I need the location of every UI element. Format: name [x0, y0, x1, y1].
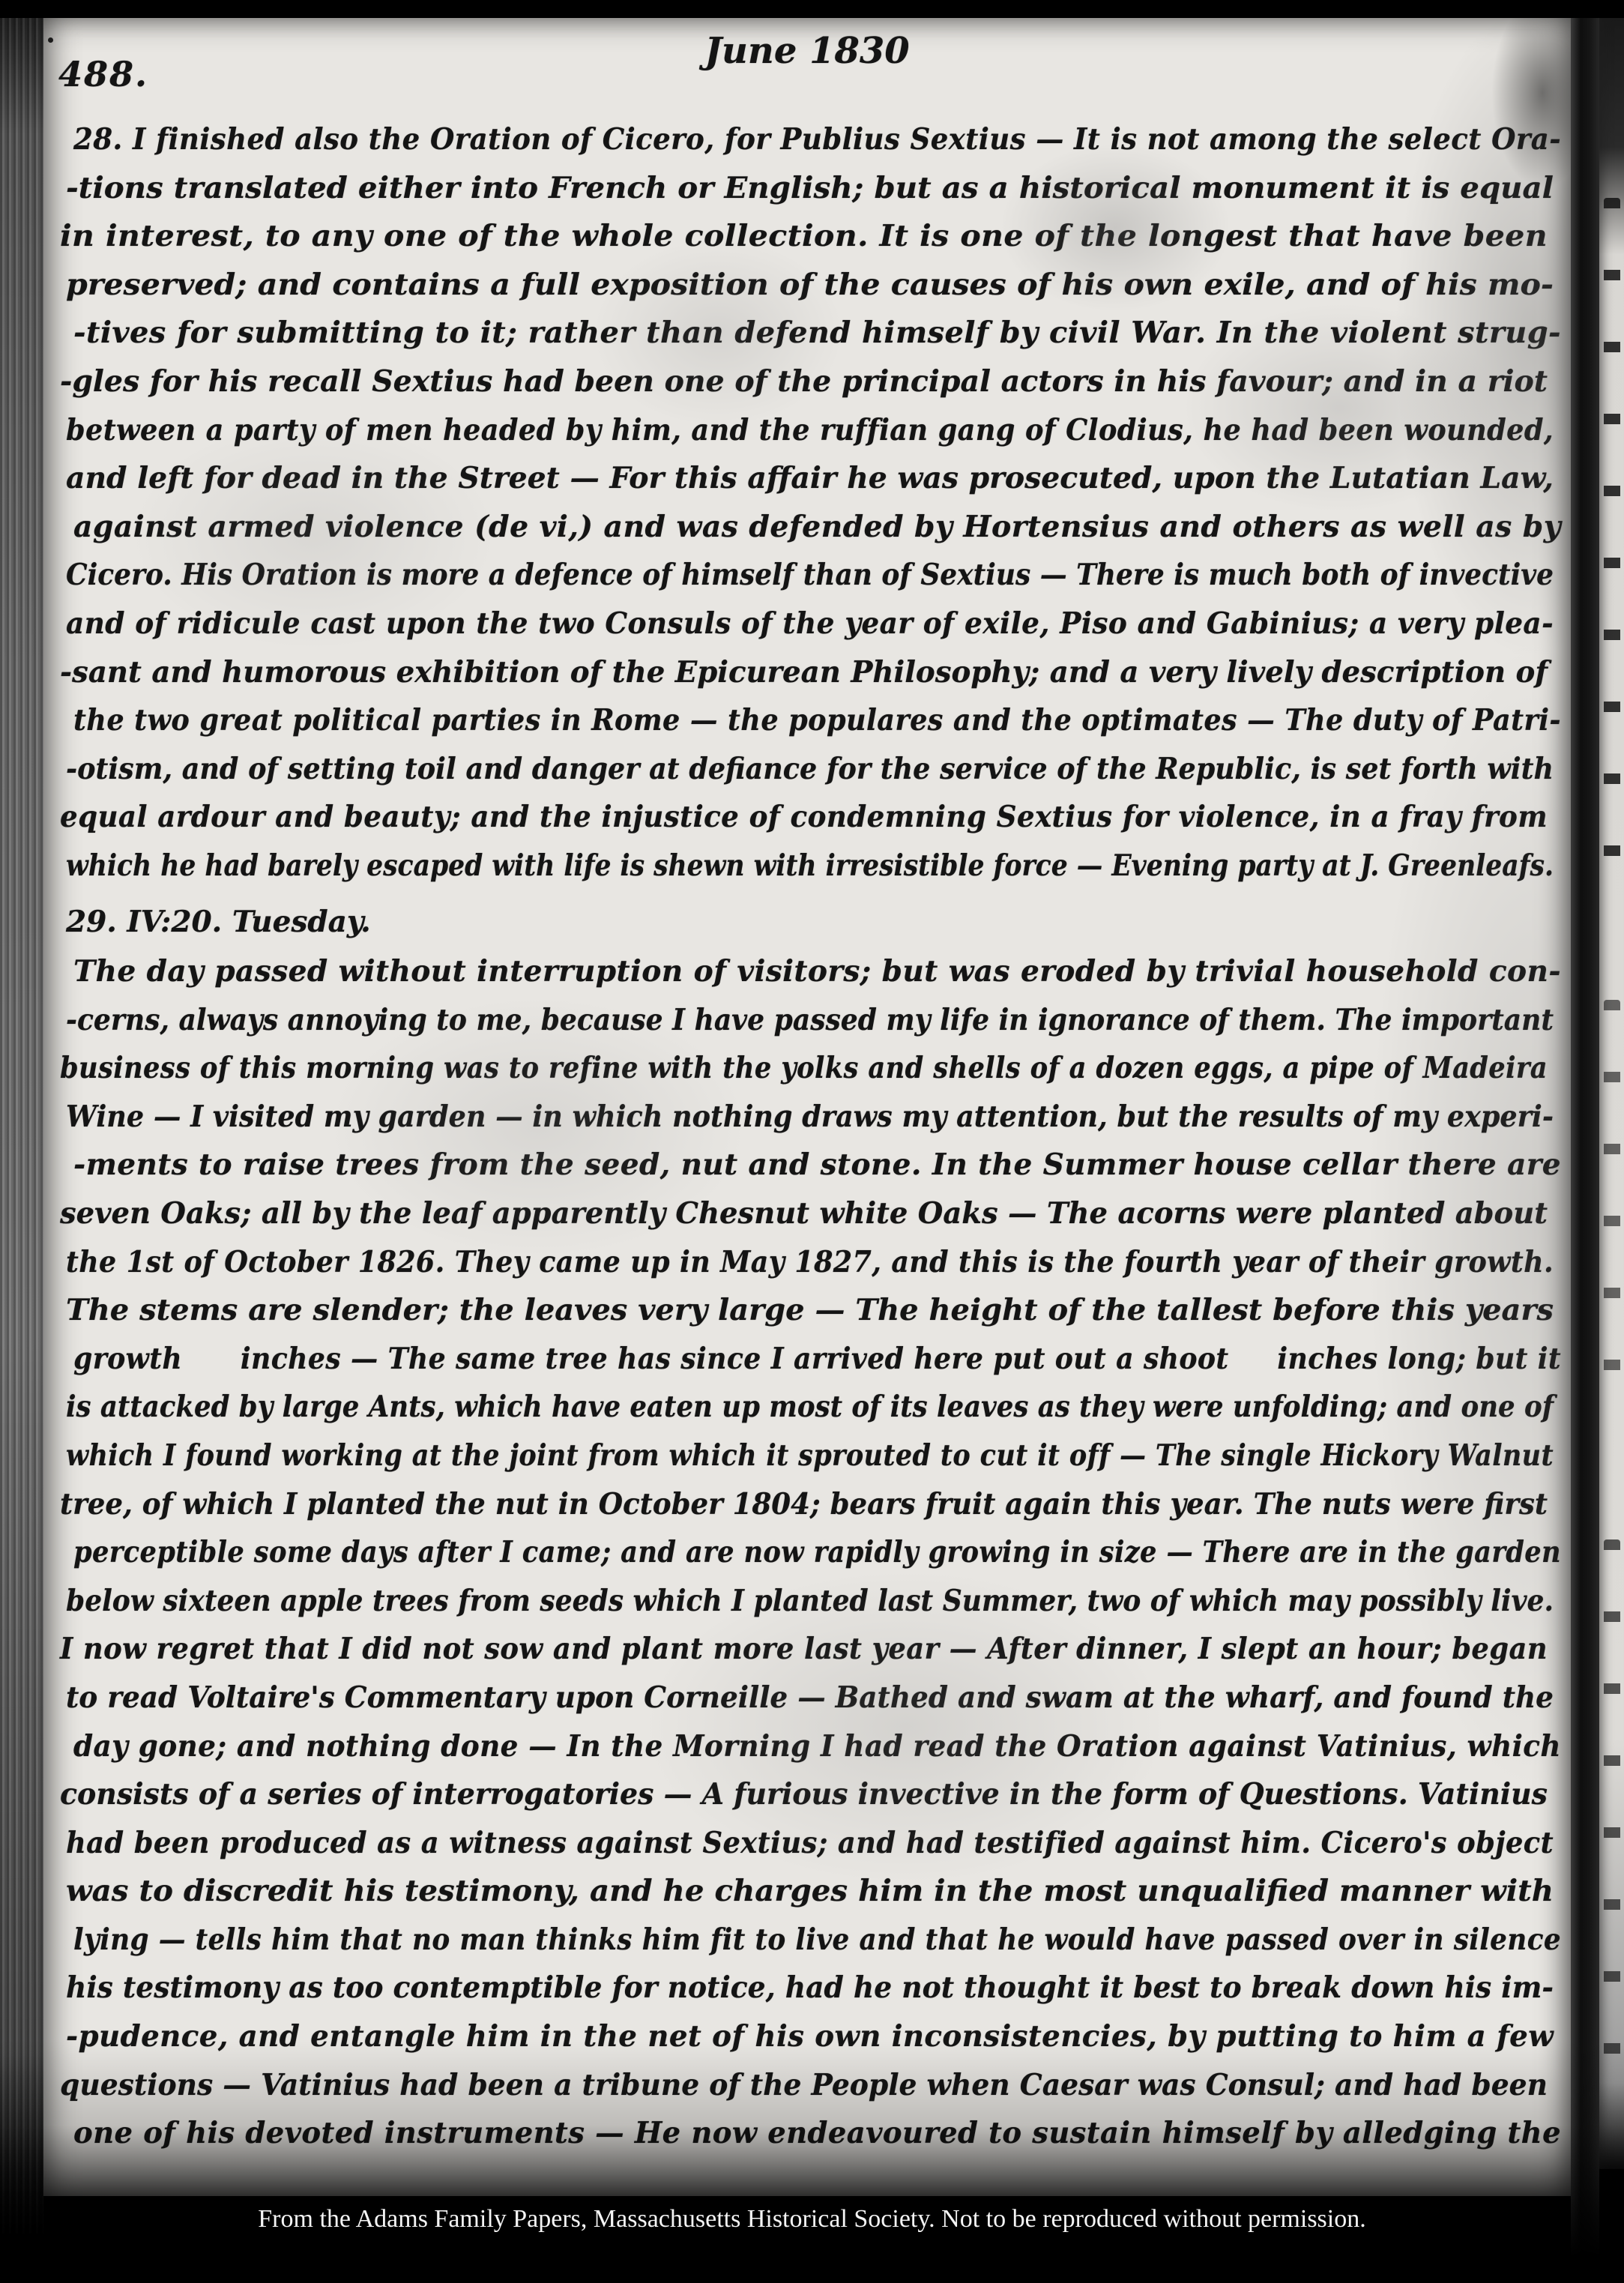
manuscript-line: the two great political parties in Rome …	[73, 696, 1561, 745]
manuscript-line: The stems are slender; the leaves very l…	[66, 1286, 1554, 1335]
manuscript-line: business of this morning was to refine w…	[60, 1044, 1548, 1093]
manuscript-line: one of his devoted instruments — He now …	[73, 2109, 1561, 2158]
manuscript-line: -tions translated either into French or …	[66, 164, 1554, 213]
manuscript-line: -cerns, always annoying to me, because I…	[66, 996, 1554, 1045]
manuscript-line: his testimony as too contemptible for no…	[66, 1964, 1554, 2012]
manuscript-line: tree, of which I planted the nut in Octo…	[60, 1480, 1548, 1529]
manuscript-line: is attacked by large Ants, which have ea…	[66, 1383, 1554, 1432]
manuscript-line: -sant and humorous exhibition of the Epi…	[60, 648, 1548, 697]
entry-29: The day passed without interruption of v…	[66, 947, 1624, 2158]
manuscript-line: questions — Vatinius had been a tribune …	[60, 2061, 1548, 2110]
archive-caption: From the Adams Family Papers, Massachuse…	[0, 2205, 1624, 2234]
manuscript-line: between a party of men headed by him, an…	[66, 406, 1554, 455]
manuscript-line: which he had barely escaped with life is…	[66, 842, 1554, 890]
manuscript-line: preserved; and contains a full expositio…	[66, 261, 1554, 310]
manuscript-line: I now regret that I did not sow and plan…	[60, 1625, 1548, 1674]
manuscript-line: seven Oaks; all by the leaf apparently C…	[60, 1189, 1548, 1238]
photo-black-border-top	[0, 0, 1624, 18]
book-fore-edge	[0, 0, 43, 2234]
manuscript-line: was to discredit his testimony, and he c…	[66, 1867, 1554, 1916]
entry-28: 28. I finished also the Oration of Cicer…	[66, 115, 1624, 890]
manuscript-line: and left for dead in the Street — For th…	[66, 454, 1554, 503]
manuscript-line: the 1st of October 1826. They came up in…	[66, 1238, 1554, 1287]
manuscript-line: growth inches — The same tree has since …	[73, 1335, 1561, 1384]
manuscript-line: equal ardour and beauty; and the injusti…	[60, 793, 1548, 842]
manuscript-line: Wine — I visited my garden — in which no…	[66, 1093, 1554, 1141]
manuscript-line: day gone; and nothing done — In the Morn…	[73, 1722, 1561, 1771]
manuscript-line: -ments to raise trees from the seed, nut…	[73, 1141, 1561, 1189]
ink-fragment-marks	[1604, 198, 1620, 872]
manuscript-line: which I found working at the joint from …	[66, 1432, 1554, 1480]
manuscript-line: lying — tells him that no man thinks him…	[73, 1916, 1561, 1964]
header-date: June 1830	[43, 30, 1571, 72]
manuscript-line: -pudence, and entangle him in the net of…	[66, 2012, 1554, 2061]
manuscript-line: Cicero. His Oration is more a defence of…	[66, 551, 1554, 600]
manuscript-line: -otism, and of setting toil and danger a…	[66, 745, 1554, 794]
page-gutter-shadow	[1571, 0, 1599, 2283]
manuscript-line: consists of a series of interrogatories …	[60, 1770, 1548, 1819]
manuscript-line: -gles for his recall Sextius had been on…	[60, 358, 1548, 406]
manuscript-line: had been produced as a witness against S…	[66, 1819, 1554, 1868]
manuscript-line: below sixteen apple trees from seeds whi…	[66, 1577, 1554, 1626]
manuscript-line: to read Voltaire's Commentary upon Corne…	[66, 1674, 1554, 1722]
diary-page: 488. June 1830 28. I finished also the O…	[43, 18, 1571, 2196]
entry-29-heading: 29. IV:20. Tuesday.	[66, 898, 371, 946]
ink-fragment-marks	[1604, 1000, 1620, 1405]
manuscript-line: 28. I finished also the Oration of Cicer…	[73, 115, 1561, 164]
manuscript-line: against armed violence (de vi,) and was …	[73, 503, 1561, 552]
manuscript-line: The day passed without interruption of v…	[73, 947, 1561, 996]
adjacent-page-edge	[1599, 18, 1624, 2169]
manuscript-line: in interest, to any one of the whole col…	[60, 212, 1548, 261]
manuscript-line: and of ridicule cast upon the two Consul…	[66, 600, 1554, 648]
manuscript-line: -tives for submitting to it; rather than…	[73, 309, 1561, 358]
manuscript-scan: 488. June 1830 28. I finished also the O…	[0, 0, 1624, 2283]
manuscript-line: perceptible some days after I came; and …	[73, 1528, 1561, 1577]
ink-fragment-marks	[1604, 1539, 1620, 2064]
